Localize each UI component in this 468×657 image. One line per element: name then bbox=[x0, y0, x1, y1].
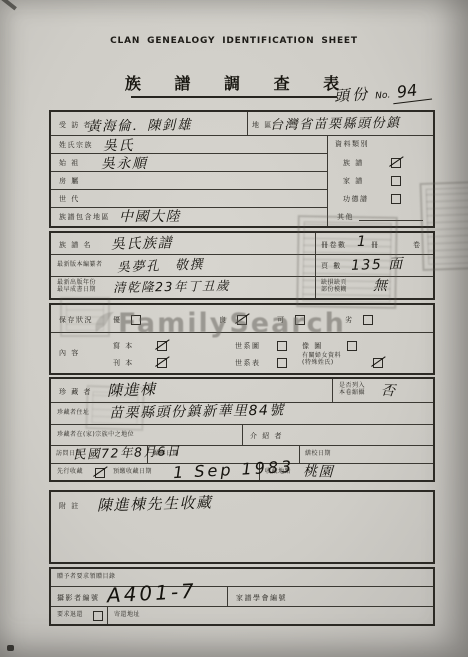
checkbox-film bbox=[95, 468, 105, 478]
listed-value: 否 bbox=[380, 379, 397, 400]
checkbox-return bbox=[93, 611, 103, 621]
section-admin: 贈予者要求領贈目錄 攝影者編號 A401-7 家譜學會編號 要求退還 寄還地址 bbox=[49, 567, 435, 626]
divider bbox=[227, 586, 228, 606]
content-printed-label: 刊 本 bbox=[113, 358, 134, 368]
condition-label: 保存狀況 bbox=[59, 315, 93, 325]
compiler-value: 吳夢孔 敬撰 bbox=[117, 253, 205, 275]
fascicle-unit: 卷 bbox=[413, 240, 422, 250]
divider bbox=[51, 171, 327, 172]
damage-value: 無 bbox=[373, 275, 389, 295]
category-clan-label: 族 譜 bbox=[343, 158, 364, 168]
checkbox-condition-fair bbox=[295, 315, 305, 325]
condition-fair-label: 可 bbox=[277, 315, 286, 325]
founder-value: 吳永順 bbox=[101, 153, 148, 173]
notes-value: 陳進棟先生收藏 bbox=[97, 491, 213, 515]
checkbox-pedigree-table bbox=[277, 358, 287, 368]
film-date-label: 預繳收藏日期 bbox=[113, 469, 152, 476]
checkbox-manuscript bbox=[157, 341, 167, 351]
serial-no-label: No. bbox=[375, 90, 391, 101]
proof-date-label: 繕校日期 bbox=[305, 451, 331, 458]
damage-label: 缺損缺頁 部份模糊 bbox=[321, 280, 347, 293]
title-label: 族 譜 名 bbox=[59, 240, 92, 250]
divider bbox=[51, 207, 327, 208]
section-identity: 受 訪 者 黃海倫．陳釗雄 地 區 台灣省苗栗縣頭份鎮 姓氏宗族 吳氏 始 祖 … bbox=[49, 110, 435, 228]
english-title: CLAN GENEALOGY IDENTIFICATION SHEET bbox=[0, 36, 468, 46]
address-value: 苗栗縣頭份鎮新華里84號 bbox=[109, 399, 285, 422]
checkbox-condition-good bbox=[237, 315, 247, 325]
checkbox-women-data bbox=[373, 358, 383, 368]
checkbox-portraits bbox=[347, 341, 357, 351]
section-custody: 珍 藏 者 陳進棟 是否列入 本卷縮攝 否 珍藏者住址 苗栗縣頭份鎮新華里84號… bbox=[49, 377, 435, 482]
divider bbox=[107, 606, 108, 624]
date-value: 清乾隆23年丁丑歲 bbox=[113, 276, 230, 296]
position-label: 珍藏者在(家)宗族中之地位 bbox=[57, 432, 134, 439]
compiler-label: 最新版本編纂者 bbox=[57, 262, 103, 269]
photographer-no-value: A401-7 bbox=[106, 579, 197, 608]
divider bbox=[247, 112, 248, 135]
founder-label: 始 祖 bbox=[59, 158, 80, 168]
section-volume: 族 譜 名 吳氏族譜 冊卷數 1 冊 卷 最新版本編纂者 吳夢孔 敬撰 頁 數 … bbox=[49, 231, 435, 300]
checkbox-merit-genealogy bbox=[391, 194, 401, 204]
section-notes: 附 註 陳進棟先生收藏 bbox=[49, 490, 435, 564]
film-label: 先行收藏 bbox=[57, 469, 83, 476]
category-family-label: 家 譜 bbox=[343, 176, 364, 186]
condition-excellent-label: 優 bbox=[113, 315, 122, 325]
divider bbox=[327, 135, 328, 226]
women-data-label-line2: (特殊姓氏) bbox=[302, 360, 341, 367]
region-value: 台灣省苗栗縣頭份鎮 bbox=[270, 112, 401, 133]
divider bbox=[299, 445, 300, 463]
date-label: 最新出版年份 最早成書日期 bbox=[57, 280, 96, 293]
listed-label-line2: 本卷縮攝 bbox=[339, 390, 365, 397]
checkbox-condition-poor bbox=[363, 315, 373, 325]
divider bbox=[51, 189, 327, 190]
divider bbox=[315, 233, 316, 298]
condition-good-label: 良 bbox=[219, 315, 228, 325]
checkbox-family-genealogy bbox=[391, 176, 401, 186]
introducer-label: 介 紹 者 bbox=[250, 431, 283, 441]
volume-unit: 冊 bbox=[371, 240, 380, 250]
content-manuscript-label: 寫 本 bbox=[113, 341, 134, 351]
photo-date-label: 攝影日期 bbox=[153, 451, 179, 458]
divider bbox=[332, 379, 333, 402]
checkbox-clan-genealogy bbox=[391, 158, 401, 168]
return-address-label: 寄還地址 bbox=[114, 612, 140, 619]
volumes-label: 冊卷數 bbox=[321, 240, 347, 250]
place-label: 收藏地點 bbox=[265, 469, 291, 476]
section-condition: 保存狀況 優 良 可 劣 內 容 寫 本 世系圖 像 圖 刊 本 世系表 有關婦… bbox=[49, 303, 435, 375]
serial-prefix: 頭份 bbox=[333, 85, 370, 105]
category-merit-label: 功德譜 bbox=[343, 194, 369, 204]
coverage-value: 中國大陸 bbox=[119, 206, 181, 226]
coverage-label: 族譜包含地區 bbox=[59, 212, 110, 222]
divider bbox=[51, 153, 327, 154]
generations-label: 世 代 bbox=[59, 194, 80, 204]
content-pedigree-table-label: 世系表 bbox=[235, 358, 261, 368]
volumes-value: 1 bbox=[357, 234, 367, 250]
pages-value: 135 面 bbox=[351, 253, 404, 275]
pages-label: 頁 數 bbox=[321, 261, 342, 271]
surname-value: 吳氏 bbox=[103, 135, 134, 155]
checkbox-condition-excellent bbox=[131, 315, 141, 325]
interviewee-value: 黃海倫．陳釗雄 bbox=[87, 113, 192, 135]
category-other-label: 其他 bbox=[337, 212, 354, 222]
damage-label-line2: 部份模糊 bbox=[321, 287, 347, 294]
women-data-label: 有關婦女資料 (特殊姓氏) bbox=[302, 353, 341, 366]
surname-label: 姓氏宗族 bbox=[59, 140, 93, 150]
form-title: 族 譜 調 查 表 bbox=[115, 71, 353, 94]
content-pedigree-chart-label: 世系圖 bbox=[235, 341, 261, 351]
listed-label: 是否列入 本卷縮攝 bbox=[339, 383, 365, 396]
content-label: 內 容 bbox=[59, 348, 80, 358]
other-blank-line bbox=[359, 220, 423, 221]
divider bbox=[51, 332, 433, 333]
owner-label: 珍 藏 者 bbox=[59, 387, 92, 397]
title-underline bbox=[131, 96, 337, 98]
notes-label: 附 註 bbox=[59, 501, 80, 511]
scanned-genealogy-form: CLAN GENEALOGY IDENTIFICATION SHEET 族 譜 … bbox=[0, 0, 468, 657]
branch-label: 房 屬 bbox=[59, 176, 80, 186]
society-label: 家譜學會編號 bbox=[236, 593, 287, 603]
scan-artifact-dot bbox=[7, 645, 14, 651]
checkbox-printed bbox=[157, 358, 167, 368]
place-value: 桃園 bbox=[303, 460, 335, 481]
condition-poor-label: 劣 bbox=[345, 315, 354, 325]
content-portraits-label: 像 圖 bbox=[302, 341, 323, 351]
scan-artifact-corner bbox=[0, 0, 17, 10]
divider bbox=[242, 424, 243, 445]
photographer-label: 攝影者編號 bbox=[57, 593, 100, 603]
serial-value: 94 bbox=[391, 79, 433, 105]
return-label: 要求退還 bbox=[57, 612, 83, 619]
owner-value: 陳進棟 bbox=[107, 378, 157, 401]
date-label-line2: 最早成書日期 bbox=[57, 287, 96, 294]
address-label: 珍藏者住址 bbox=[57, 410, 90, 417]
title-value: 吳氏族譜 bbox=[111, 232, 174, 254]
donor-label: 贈予者要求領贈目錄 bbox=[57, 574, 116, 581]
category-label: 資料類別 bbox=[335, 139, 369, 149]
checkbox-pedigree-chart bbox=[277, 341, 287, 351]
